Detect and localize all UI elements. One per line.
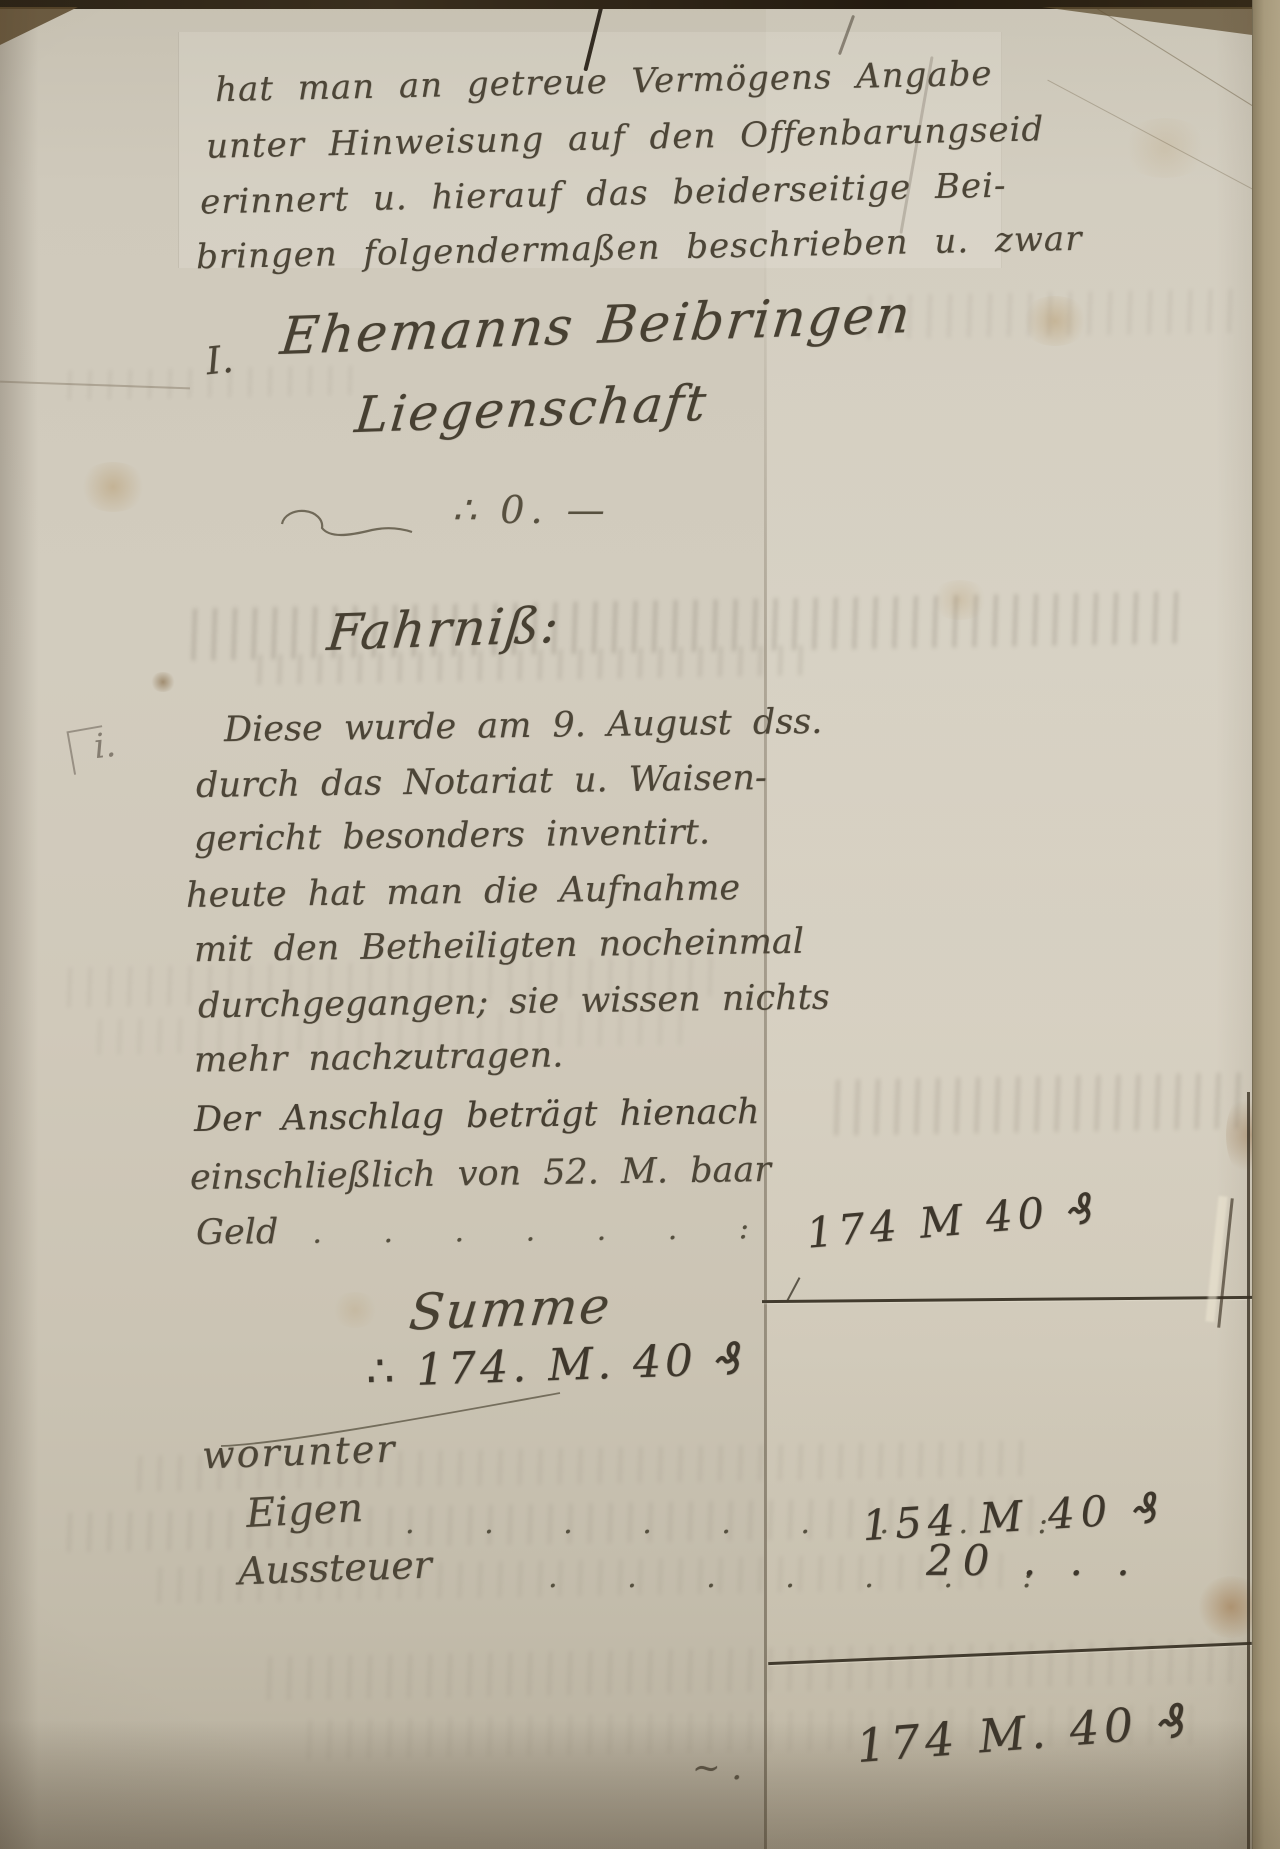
paper-stain bbox=[1020, 296, 1090, 346]
summe-value: ∴ 174. M. 40 ₰ bbox=[365, 1333, 747, 1397]
amount-fahrniss-total: 174 M 40 ₰ bbox=[804, 1183, 1101, 1257]
ink-stroke-remnant bbox=[838, 15, 855, 55]
body-line: durchgegangen; sie wissen nichts bbox=[198, 978, 830, 1027]
page-corner-shadow bbox=[1042, 7, 1252, 35]
eigen-label: Eigen bbox=[245, 1485, 364, 1537]
intro-line: unter Hinweisung auf den Offenbarungseid bbox=[206, 109, 1045, 167]
section-title: Ehemanns Beibringen bbox=[277, 285, 914, 367]
geld-dots: . . . . . . : bbox=[278, 1211, 775, 1251]
paper-stain bbox=[930, 580, 990, 620]
body-line: einschließlich von 52. M. baar bbox=[190, 1150, 771, 1198]
body-line: Diese wurde am 9. August dss. bbox=[224, 702, 823, 750]
subheading-fahrniss: Fahrniß: bbox=[324, 596, 563, 662]
nil-mark: ∴ 0. — bbox=[452, 488, 611, 532]
aussteuer-amount: 20 . . . bbox=[926, 1536, 1140, 1585]
paper-stain bbox=[150, 672, 176, 692]
section-numeral: I. bbox=[204, 337, 236, 384]
intro-line: hat man an getreue Vermögens Angabe bbox=[215, 54, 993, 110]
vertical-fold-crease bbox=[764, 240, 767, 1849]
geld-label: Geld bbox=[196, 1212, 279, 1253]
intro-line: erinnert u. hierauf das beiderseitige Be… bbox=[200, 166, 1007, 223]
body-line: Der Anschlag beträgt hienach bbox=[194, 1092, 760, 1140]
margin-mark: i. bbox=[92, 725, 118, 767]
aussteuer-label: Aussteuer bbox=[237, 1543, 432, 1594]
final-total-amount: 174 M. 40 ₰ bbox=[854, 1693, 1193, 1773]
approx-mark: ~ . bbox=[692, 1748, 742, 1788]
nil-flourish-icon bbox=[268, 486, 418, 558]
body-line: heute hat man die Aufnahme bbox=[186, 868, 741, 916]
worunter-label: worunter bbox=[201, 1427, 397, 1478]
page-corner-shadow bbox=[0, 7, 78, 45]
body-line: durch das Notariat u. Waisen- bbox=[196, 758, 767, 806]
body-line: mit den Betheiligten nocheinmal bbox=[194, 922, 804, 971]
subheading-liegenschaft: Liegenschaft bbox=[352, 374, 710, 444]
manuscript-photo: i. hat man an getreue Vermögens Angabe u… bbox=[0, 0, 1280, 1849]
body-line: mehr nachzutragen. bbox=[194, 1035, 564, 1080]
paper-stain bbox=[78, 462, 148, 512]
sum-rule bbox=[762, 1296, 1254, 1303]
summe-label: Summe bbox=[407, 1277, 615, 1342]
body-line: gericht besonders inventirt. bbox=[194, 812, 710, 859]
bleedthrough-smudge bbox=[828, 1072, 1259, 1135]
paper-stain bbox=[1120, 118, 1210, 178]
page-edge-line bbox=[1247, 1092, 1250, 1849]
geld-line: Geld. . . . . . : bbox=[196, 1207, 775, 1253]
ink-stroke-remnant bbox=[583, 1, 604, 72]
paper-stain bbox=[330, 1292, 380, 1328]
binding-edge bbox=[1252, 0, 1280, 1849]
intro-line: bringen folgendermaßen beschrieben u. zw… bbox=[196, 219, 1083, 278]
